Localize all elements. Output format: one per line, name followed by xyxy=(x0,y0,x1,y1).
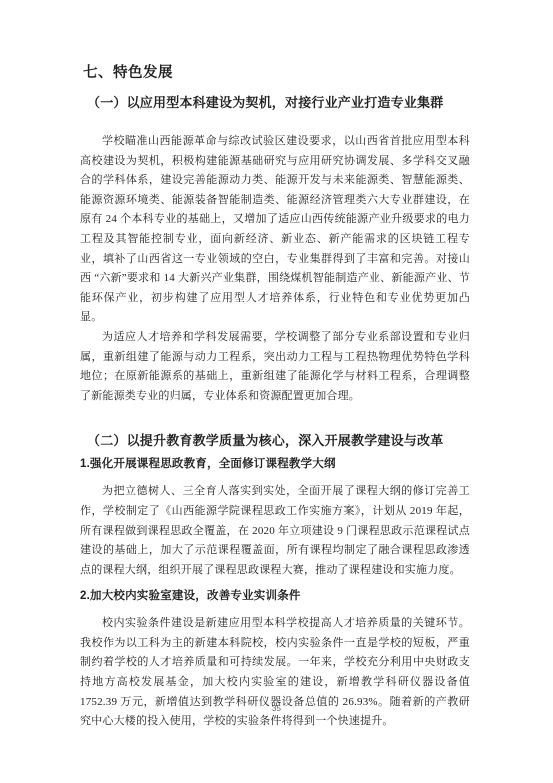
paragraph-lab-construction: 校内实验条件建设是新建应用型本科学校提高人才培养质量的关键环节。我校作为以工科为… xyxy=(80,614,470,732)
paragraph-professional-clusters: 学校瞄准山西能源革命与综改试验区建设要求，以山西省首批应用型本科高校建设为契机，… xyxy=(80,132,470,328)
item-heading-1: 1.强化开展课程思政教育，全面修订课程教学大纲 xyxy=(80,456,470,472)
section-heading: 七、特色发展 xyxy=(83,64,470,82)
paragraph-curriculum-ideology: 为把立德树人、三全育人落实到实处，全面开展了课程大纲的修订完善工作，学校制定了《… xyxy=(80,482,470,580)
item-heading-2: 2.加大校内实验室建设，改善专业实训条件 xyxy=(80,588,470,604)
subsection-heading-2: （二）以提升教育教学质量为核心，深入开展教学建设与改革 xyxy=(87,432,470,450)
paragraph-department-restructuring: 为适应人才培养和学科发展需要，学校调整了部分专业系部设置和专业归属，重新组建了能… xyxy=(80,328,470,406)
document-content: 七、特色发展 （一）以应用型本科建设为契机，对接行业产业打造专业集群 学校瞄准山… xyxy=(80,64,470,732)
page-number: 35 xyxy=(0,704,553,713)
document-page: 七、特色发展 （一）以应用型本科建设为契机，对接行业产业打造专业集群 学校瞄准山… xyxy=(0,0,553,783)
subsection-heading-1: （一）以应用型本科建设为契机，对接行业产业打造专业集群 xyxy=(87,94,470,112)
